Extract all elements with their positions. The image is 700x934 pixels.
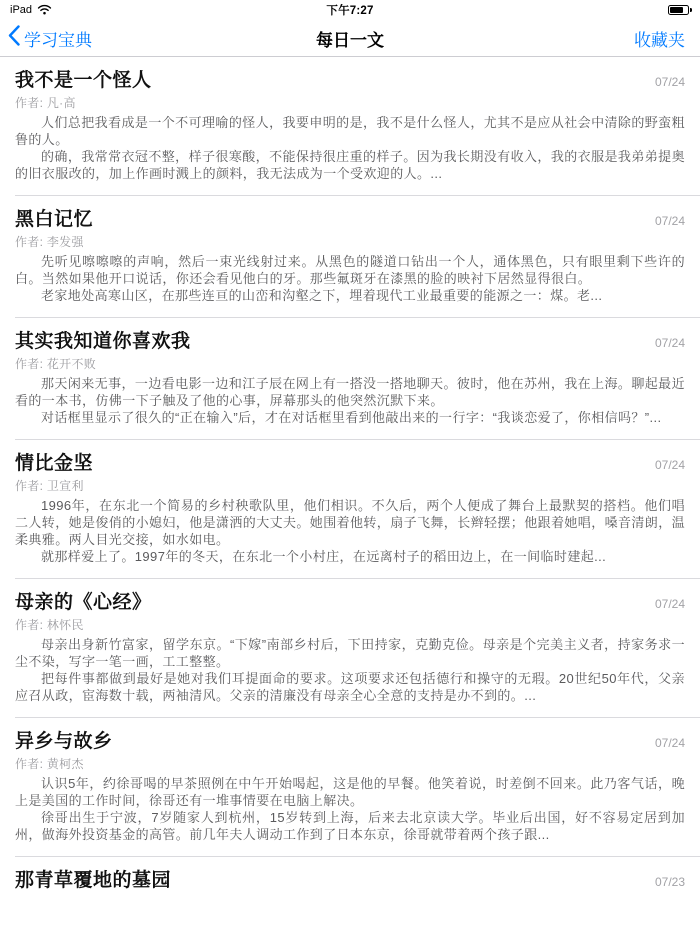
status-time: 下午7:27 bbox=[0, 2, 700, 18]
article-title: 其实我知道你喜欢我 bbox=[15, 330, 191, 354]
article-list: 我不是一个怪人 07/24 作者: 凡·高 人们总把我看成是一个不可理喻的怪人，… bbox=[0, 57, 700, 893]
article-item[interactable]: 母亲的《心经》 07/24 作者: 林怀民 母亲出身新竹富家，留学东京。“下嫁”… bbox=[0, 579, 700, 718]
favorites-button[interactable]: 收藏夹 bbox=[634, 26, 685, 51]
battery-icon bbox=[668, 5, 692, 15]
article-title: 母亲的《心经》 bbox=[15, 591, 152, 615]
article-item[interactable]: 黑白记忆 07/24 作者: 李发强 先听见嚓嚓嚓的声响，然后一束光线射过来。从… bbox=[0, 196, 700, 318]
article-date: 07/24 bbox=[655, 596, 685, 612]
article-title: 黑白记忆 bbox=[15, 208, 93, 232]
article-author: 作者: 卫宣利 bbox=[15, 478, 685, 494]
article-author: 作者: 林怀民 bbox=[15, 617, 685, 633]
nav-bar: 学习宝典 每日一文 收藏夹 bbox=[0, 20, 700, 57]
article-preview: 那天闲来无事，一边看电影一边和江子辰在网上有一搭没一搭地聊天。彼时，他在苏州，我… bbox=[15, 375, 685, 426]
status-bar: iPad 下午7:27 bbox=[0, 0, 700, 20]
article-preview: 先听见嚓嚓嚓的声响，然后一束光线射过来。从黑色的隧道口钻出一个人，通体黑色，只有… bbox=[15, 253, 685, 304]
article-title: 我不是一个怪人 bbox=[15, 69, 152, 93]
article-author: 作者: 花开不败 bbox=[15, 356, 685, 372]
article-author: 作者: 李发强 bbox=[15, 234, 685, 250]
article-date: 07/24 bbox=[655, 335, 685, 351]
article-preview: 人们总把我看成是一个不可理喻的怪人，我要申明的是，我不是什么怪人，尤其不是应从社… bbox=[15, 114, 685, 182]
article-preview: 1996年，在东北一个简易的乡村秧歌队里，他们相识。不久后，两个人便成了舞台上最… bbox=[15, 497, 685, 565]
article-author: 作者: 凡·高 bbox=[15, 95, 685, 111]
article-item[interactable]: 情比金坚 07/24 作者: 卫宣利 1996年，在东北一个简易的乡村秧歌队里，… bbox=[0, 440, 700, 579]
article-date: 07/24 bbox=[655, 735, 685, 751]
article-author: 作者: 黄柯杰 bbox=[15, 756, 685, 772]
article-title: 异乡与故乡 bbox=[15, 730, 113, 754]
article-item[interactable]: 那青草覆地的墓园 07/23 bbox=[0, 857, 700, 893]
article-date: 07/23 bbox=[655, 874, 685, 890]
screen: iPad 下午7:27 学习宝典 每日一文 收藏夹 bbox=[0, 0, 700, 934]
article-item[interactable]: 其实我知道你喜欢我 07/24 作者: 花开不败 那天闲来无事，一边看电影一边和… bbox=[0, 318, 700, 440]
article-preview: 认识5年，约徐哥喝的早茶照例在中午开始喝起，这是他的早餐。他笑着说，时差倒不回来… bbox=[15, 775, 685, 843]
article-preview: 母亲出身新竹富家，留学东京。“下嫁”南部乡村后，下田持家，克勤克俭。母亲是个完美… bbox=[15, 636, 685, 704]
article-item[interactable]: 异乡与故乡 07/24 作者: 黄柯杰 认识5年，约徐哥喝的早茶照例在中午开始喝… bbox=[0, 718, 700, 857]
article-title: 那青草覆地的墓园 bbox=[15, 869, 171, 893]
article-title: 情比金坚 bbox=[15, 452, 93, 476]
article-date: 07/24 bbox=[655, 213, 685, 229]
article-item[interactable]: 我不是一个怪人 07/24 作者: 凡·高 人们总把我看成是一个不可理喻的怪人，… bbox=[0, 57, 700, 196]
page-title: 每日一文 bbox=[0, 26, 700, 51]
article-date: 07/24 bbox=[655, 457, 685, 473]
article-date: 07/24 bbox=[655, 74, 685, 90]
